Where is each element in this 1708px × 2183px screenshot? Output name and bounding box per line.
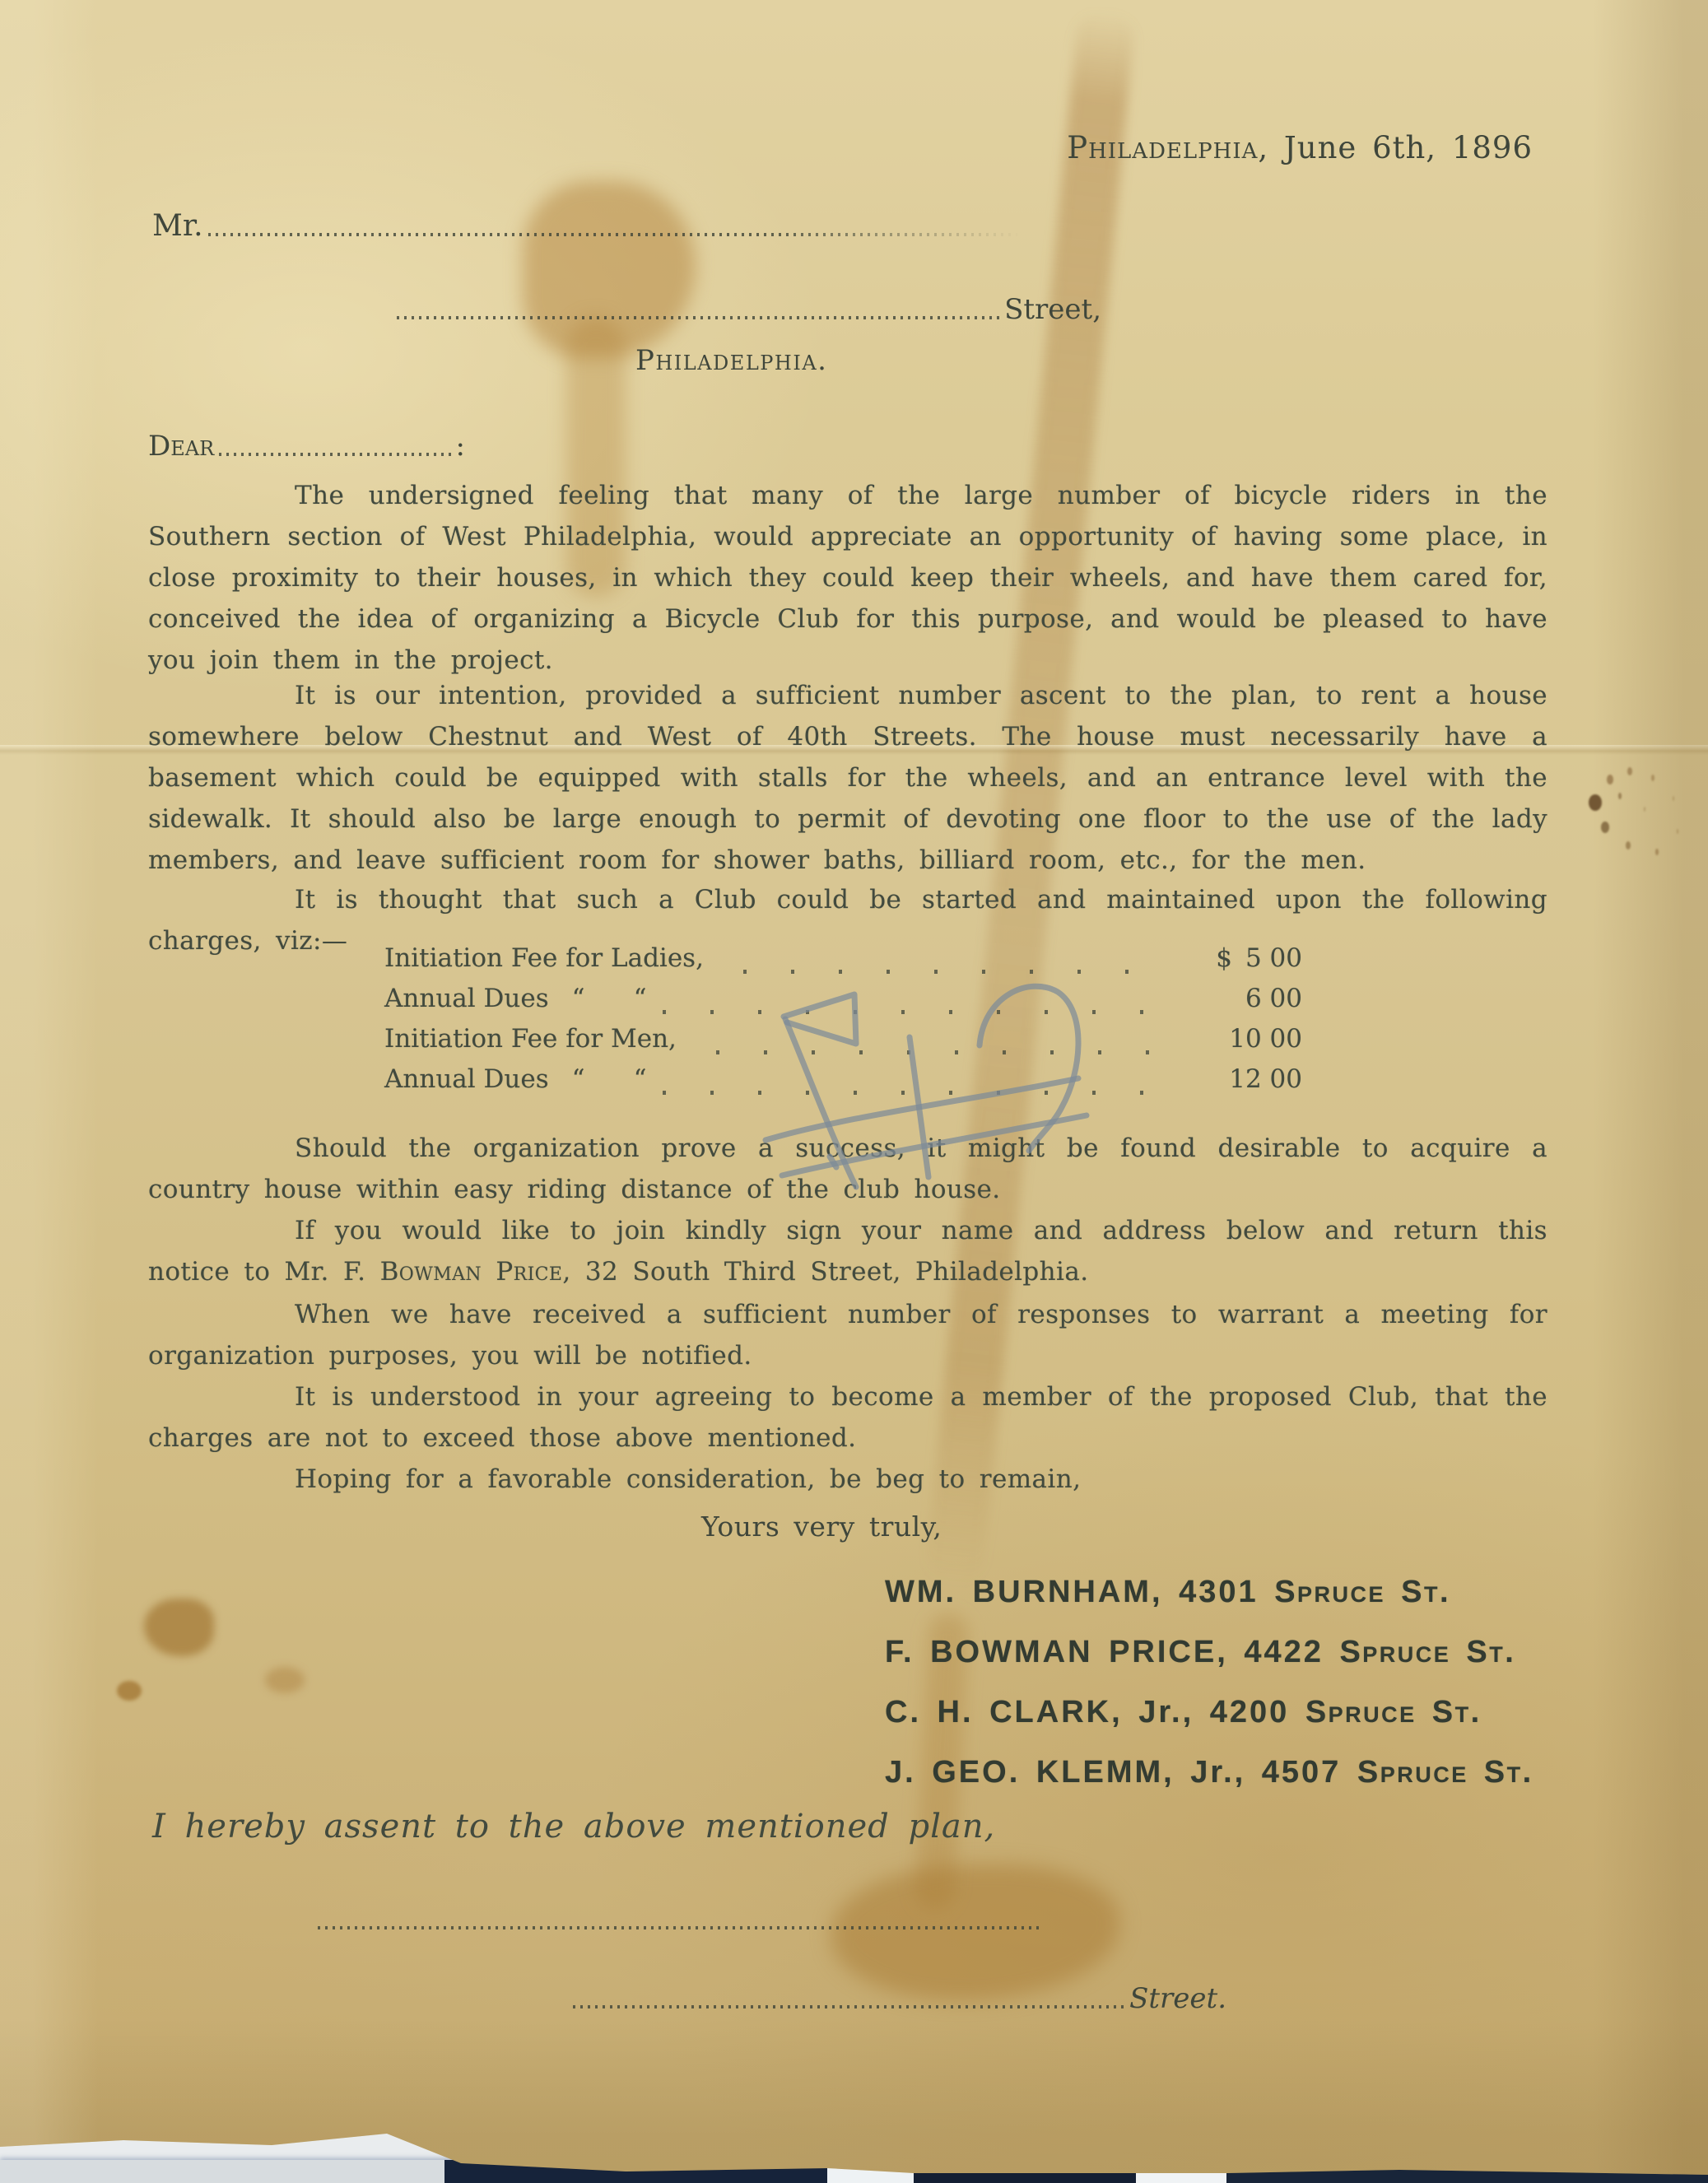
signer-line: F. BOWMAN PRICE, 4422 Spruce St.	[885, 1622, 1533, 1683]
addressee-name-line: Mr.	[152, 209, 1026, 243]
signer-number: 4422	[1244, 1635, 1324, 1669]
addressee-street-line: Street,	[392, 293, 1101, 326]
fee-label: Annual Dues	[384, 1064, 549, 1105]
mr-label: Mr.	[152, 209, 203, 243]
salutation-colon: :	[456, 430, 465, 463]
signer-street: Spruce St.	[1274, 1575, 1450, 1609]
fee-label: Annual Dues	[384, 984, 549, 1024]
paragraph-6: When we have received a sufficient numbe…	[148, 1294, 1547, 1376]
fee-amount: 6 00	[1179, 984, 1302, 1024]
address-fill-in-line: Street.	[568, 1982, 1226, 2015]
signer-street: Spruce St.	[1305, 1695, 1482, 1729]
street-label-bottom: Street.	[1129, 1982, 1226, 2015]
fee-label: Initiation Fee for Ladies,	[384, 943, 704, 984]
fee-label: Initiation Fee for Men,	[384, 1024, 677, 1064]
signer-number: 4301	[1179, 1575, 1259, 1609]
signature-fill-in-line	[313, 1926, 1045, 1936]
assent-line: I hereby assent to the above mentioned p…	[152, 1808, 995, 1846]
paragraph-5-name: Bowman Price	[380, 1257, 563, 1287]
dear-label: Dear	[148, 430, 214, 463]
fee-ditto: “ “	[572, 984, 647, 1024]
street-fill-in-line	[397, 316, 999, 319]
fee-amount-value: 5 00	[1245, 943, 1302, 973]
stain-right-speckles	[1589, 794, 1602, 811]
signer-name: J. GEO. KLEMM, Jr.,	[885, 1755, 1245, 1790]
signer-line: WM. BURNHAM, 4301 Spruce St.	[885, 1562, 1533, 1622]
signer-street: Spruce St.	[1339, 1635, 1515, 1669]
stain-left-blob-large	[144, 1599, 214, 1656]
addressee-city: Philadelphia.	[635, 344, 827, 377]
fee-ditto: “ “	[572, 1064, 647, 1105]
dateline: Philadelphia, June 6th, 1896	[988, 130, 1533, 165]
fee-amount-value: 10 00	[1229, 1024, 1302, 1054]
paragraph-2: It is our intention, provided a sufficie…	[148, 675, 1547, 881]
salutation-line: Dear :	[148, 430, 465, 463]
fee-amount: 10 00	[1179, 1024, 1302, 1064]
fee-amount-value: 12 00	[1229, 1064, 1302, 1094]
closing-line: Yours very truly,	[701, 1510, 942, 1543]
scanned-letter-viewport: { "letter": { "dateline": {"city": "Phil…	[0, 0, 1708, 2183]
name-fill-in-line	[208, 233, 1022, 236]
signer-line: C. H. CLARK, Jr., 4200 Spruce St.	[885, 1683, 1533, 1743]
stain-top-drip-head	[523, 181, 696, 358]
signer-number: 4507	[1262, 1755, 1342, 1790]
address-dots	[573, 2005, 1124, 2008]
paragraph-1: The undersigned feeling that many of the…	[148, 475, 1547, 681]
fee-currency: $	[1216, 943, 1232, 973]
paragraph-5: If you would like to join kindly sign yo…	[148, 1210, 1547, 1292]
signer-line: J. GEO. KLEMM, Jr., 4507 Spruce St.	[885, 1743, 1533, 1803]
signature-dots	[318, 1926, 1040, 1929]
paragraph-8: Hoping for a favorable consideration, be…	[148, 1459, 1547, 1500]
stain-left-blob-small	[117, 1681, 142, 1701]
letter-page: Philadelphia, June 6th, 1896 Mr. Street,…	[0, 0, 1708, 2183]
street-label: Street,	[1004, 293, 1101, 326]
signer-street: Spruce St.	[1357, 1755, 1533, 1790]
signer-number: 4200	[1210, 1695, 1290, 1729]
fee-amount: 12 00	[1179, 1064, 1302, 1105]
signer-name: F. BOWMAN PRICE,	[885, 1635, 1228, 1669]
paragraph-7: It is understood in your agreeing to bec…	[148, 1376, 1547, 1459]
signer-block: WM. BURNHAM, 4301 Spruce St. F. BOWMAN P…	[885, 1562, 1533, 1803]
paragraph-5-post: , 32 South Third Street, Philadelphia.	[562, 1257, 1088, 1287]
pencil-scribble	[733, 947, 1144, 1210]
fee-amount: $5 00	[1179, 943, 1302, 984]
stain-left-blob-mid	[265, 1667, 305, 1693]
dateline-date: June 6th, 1896	[1284, 130, 1533, 165]
fee-amount-value: 6 00	[1245, 984, 1302, 1013]
dateline-city: Philadelphia,	[1067, 130, 1268, 165]
signer-name: WM. BURNHAM,	[885, 1575, 1163, 1609]
signer-name: C. H. CLARK, Jr.,	[885, 1695, 1194, 1729]
salutation-fill-in-line	[219, 453, 450, 456]
